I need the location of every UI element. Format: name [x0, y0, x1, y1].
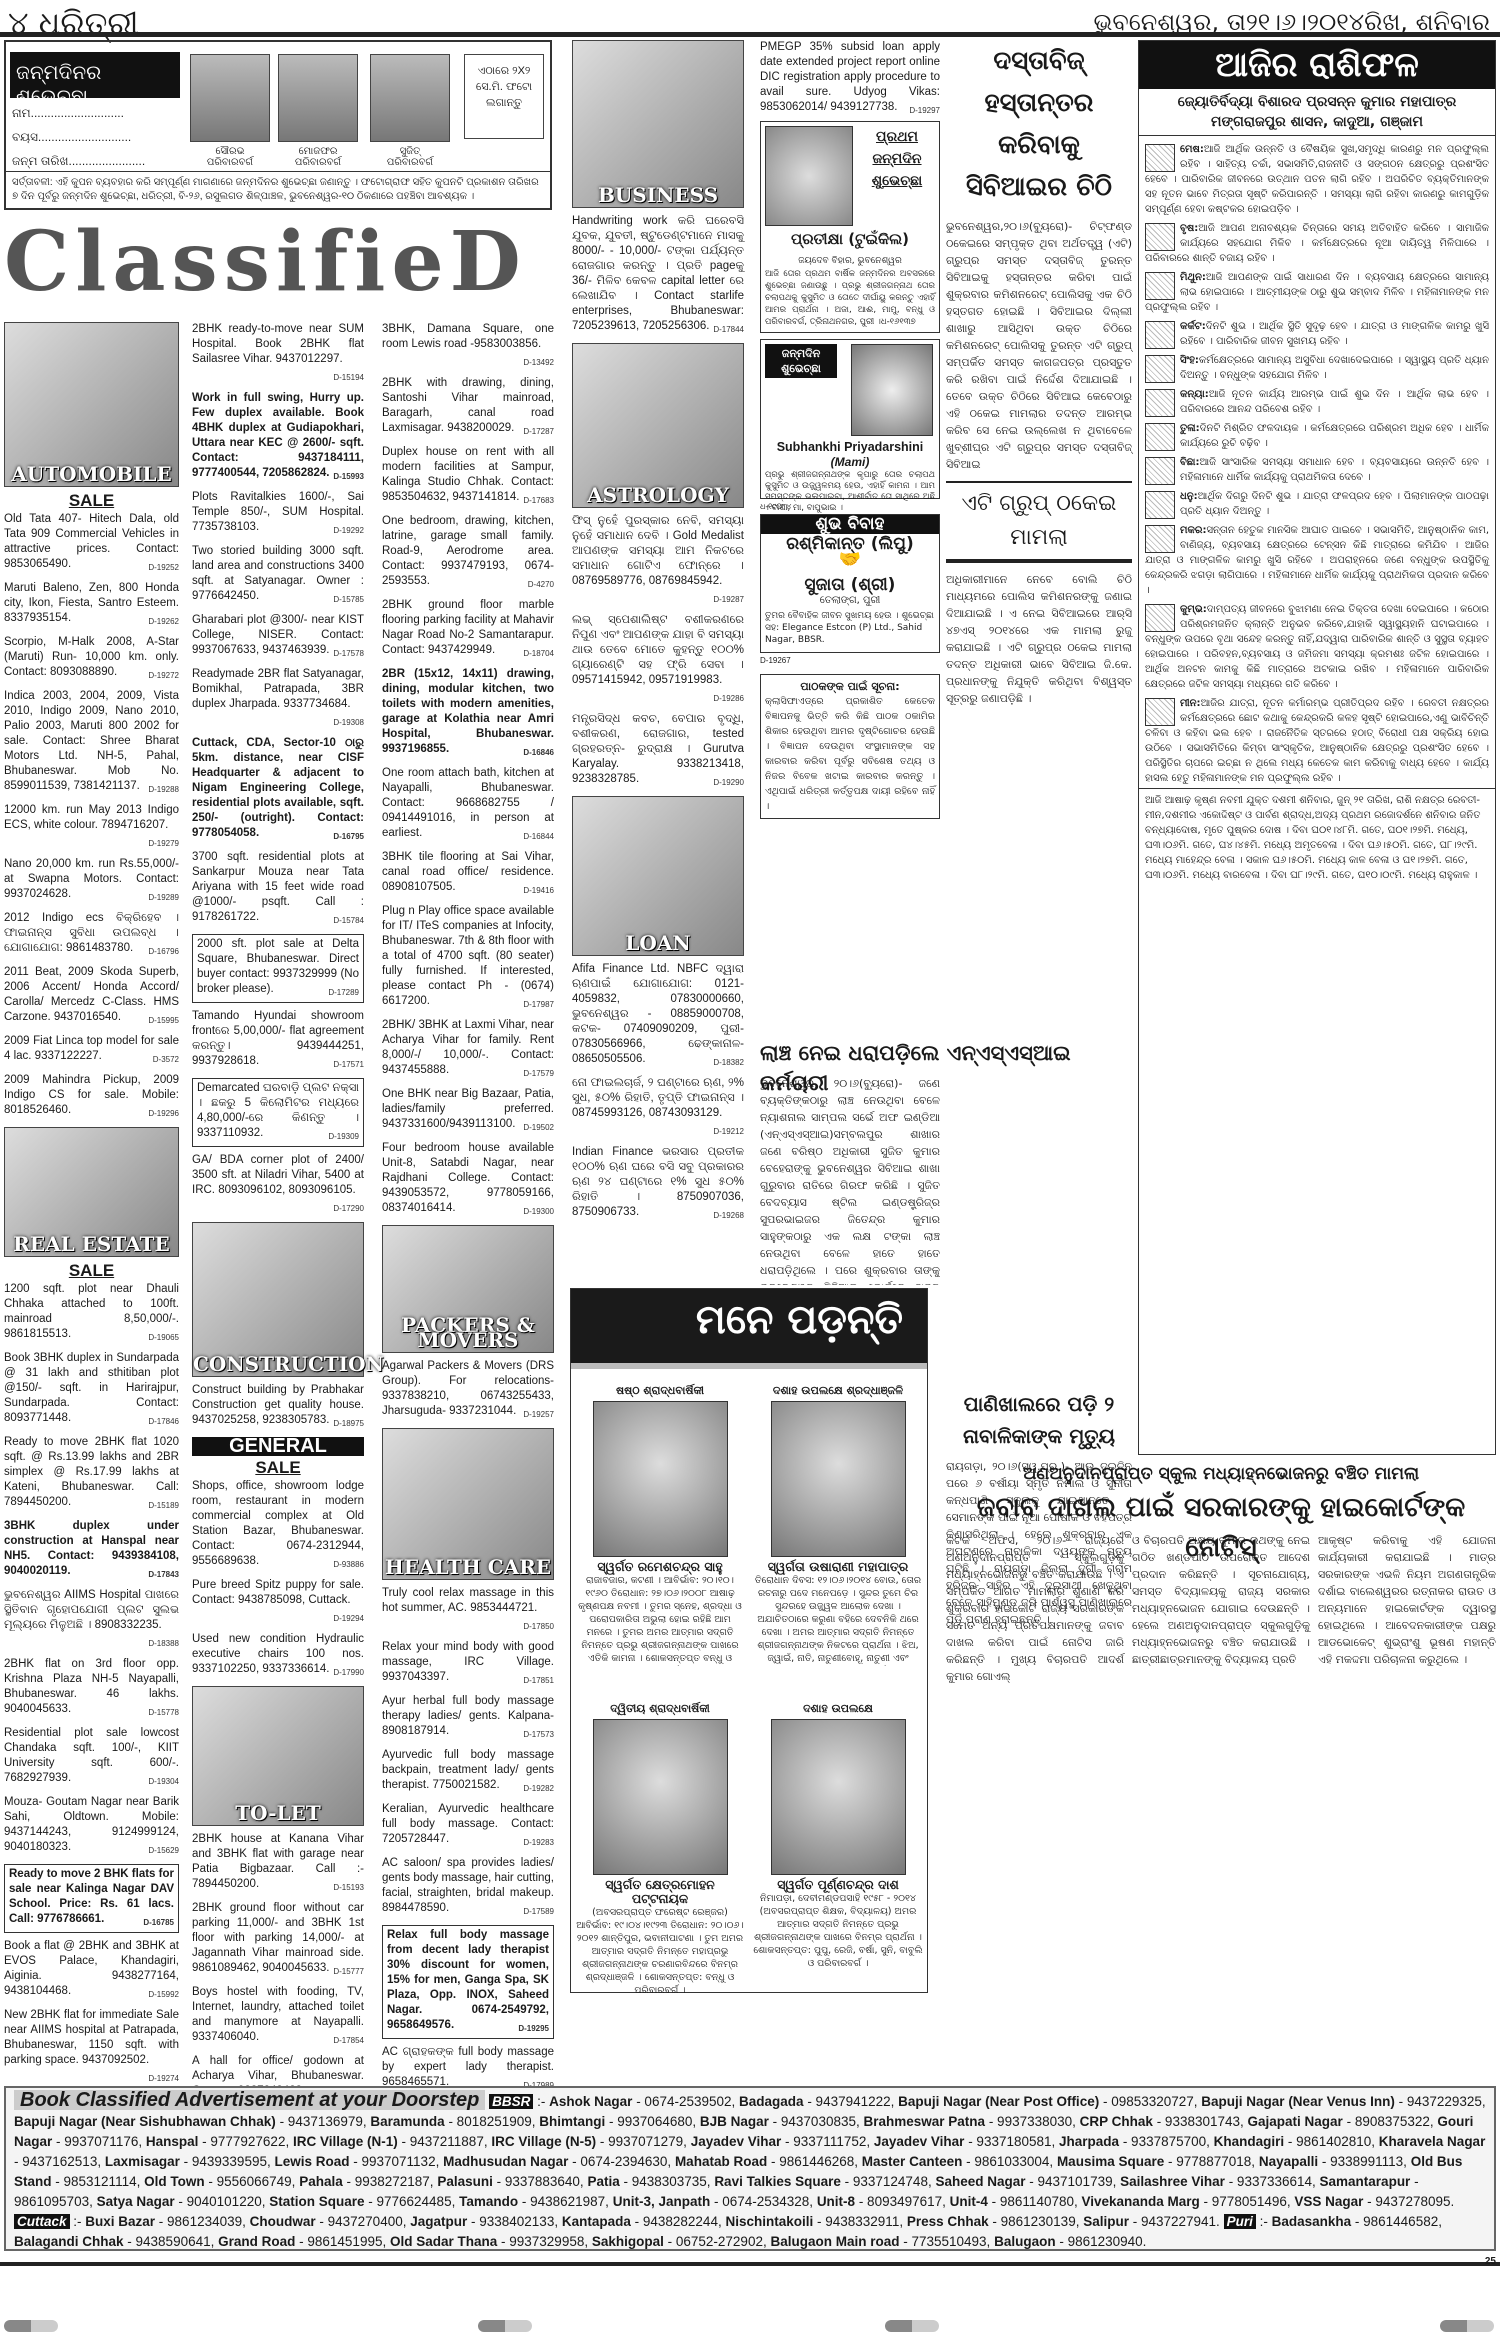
scroll-handle[interactable]: [885, 2320, 939, 2332]
ad-code: D-15189: [148, 1498, 179, 1513]
ad-code: D-17854: [333, 2033, 364, 2048]
ad-code: D-15784: [333, 913, 364, 928]
horoscope-section: ଆଜିର ରାଶିଫଳ ଜ୍ୟୋତିର୍ବିଦ୍ୟା ବିଶାରଦ ପ୍ରସନ୍…: [1138, 40, 1496, 1455]
ad-code: D-17987: [523, 997, 554, 1012]
booking-phone: - 9861451995,: [295, 2234, 390, 2249]
classified-ad: Nano 20,000 km. run Rs.55,000/- at Swapn…: [4, 857, 179, 905]
booking-centres-footer: Book Classified Advertisement at your Do…: [4, 2086, 1496, 2251]
ad-code: D-17290: [333, 1201, 364, 1216]
classified-ad: 2BHK with drawing, dining, Santoshi Viha…: [382, 376, 554, 439]
ad-code: D-16844: [523, 829, 554, 844]
classified-ad: New 2BHK flat for immediate Sale near AI…: [4, 2008, 179, 2086]
zodiac-icon: [1145, 223, 1175, 251]
zodiac-icon: [1145, 355, 1175, 383]
ad-code: D-19288: [148, 782, 179, 797]
booking-phone: - 9437270400,: [316, 2214, 411, 2229]
booking-phone: - 9778051496,: [1200, 2194, 1295, 2209]
booking-location: Bapuji Nagar (Near Post Office): [898, 2094, 1099, 2109]
horoscope-entry: ମୀନ:ଆଜିର ଯାତ୍ରା, ନୂତନ କର୍ମାରମ୍ଭ ପ୍ରୀତିପ୍…: [1139, 694, 1495, 788]
booking-phone: - 9437030835,: [769, 2114, 864, 2129]
ad-code: D-19287: [713, 592, 744, 607]
ad-code: D-19290: [713, 775, 744, 790]
dob-field[interactable]: ଜନ୍ମ ତାରିଖ.......................: [12, 154, 145, 169]
classified-ad: 2BHK ground floor without car parking 11…: [192, 1901, 364, 1979]
horoscope-entry: କର୍କଟ:ଦିନଟି ଶୁଭ । ଆର୍ଥିକ ସ୍ଥିତି ସୁଦୃଢ଼ ହ…: [1139, 317, 1495, 351]
booking-phone: - 9437941222,: [804, 2094, 899, 2109]
booking-phone: - 9861446268,: [767, 2154, 862, 2169]
booking-location: Mausima Square: [1057, 2154, 1164, 2169]
classified-ad: ଫିସ୍ ନୁହେଁ ପୁରସ୍କାର ନେବି, ସମସ୍ୟା ନୁହେଁ ସ…: [572, 514, 744, 607]
classified-ad: AC saloon/ spa provides ladies/ gents bo…: [382, 1856, 554, 1919]
booking-phone: - 9338991113,: [1318, 2154, 1411, 2169]
classified-ad: ମନ୍ତ୍ରସିଦ୍ଧ କବଚ, ବେପାର ବୃଦ୍ଧି, ବଶୀକରଣ, ର…: [572, 712, 744, 790]
ad-code: D-19274: [148, 2071, 179, 2086]
general-heading: GENERAL: [192, 1437, 364, 1456]
booking-phone: - 9438303735,: [620, 2174, 715, 2189]
ad-code: D-19300: [523, 1204, 554, 1219]
person-photo: [370, 54, 450, 142]
ad-code: D-19283: [523, 1835, 554, 1850]
classified-ad: Duplex house on rent with all modern fac…: [382, 445, 554, 508]
ad-code: D-15194: [333, 370, 364, 385]
booking-location: Pahala: [299, 2174, 343, 2189]
ad-code: D-19279: [148, 836, 179, 851]
classified-ad: Relax full body massage from decent lady…: [382, 1925, 554, 2039]
classified-ad: Gharabari plot @300/- near KIST College,…: [192, 613, 364, 661]
ad-code: D-19268: [713, 1208, 744, 1223]
ad-code: D-16785: [143, 1915, 174, 1930]
horoscope-entry: କନ୍ୟା:ଆଜି ନୂତନ କାର୍ଯ୍ୟ ଆରମ୍ଭ ପାଇଁ ଶୁଭ ଦି…: [1139, 385, 1495, 419]
scroll-handle[interactable]: [4, 2320, 58, 2332]
footer-title: Book Classified Advertisement at your Do…: [14, 2090, 485, 2110]
booking-location: CRP Chhak: [1080, 2114, 1153, 2129]
zodiac-icon: [1145, 389, 1175, 417]
booking-location: Hanspal: [146, 2134, 199, 2149]
booking-phone: - 9861446582,: [1351, 2214, 1442, 2229]
sale-subhead: SALE: [4, 493, 179, 508]
ad-code: D-19296: [148, 1106, 179, 1121]
birthday-coupon: ଜନ୍ମଦିନର ଶୁଭେଚ୍ଛା ନାମ...................…: [4, 40, 552, 210]
zodiac-icon: [1145, 321, 1175, 349]
obituary-section: ମନେ ପଡ଼ନ୍ତି ଷଷ୍ଠ ଶ୍ରାଦ୍ଧବାର୍ଷିକୀ ସ୍ୱର୍ଗତ…: [570, 1288, 928, 1993]
booking-location: Vivekananda Marg: [1081, 2194, 1199, 2209]
booking-phone: - 9337180581,: [964, 2134, 1059, 2149]
booking-phone: - 9438282244,: [631, 2214, 726, 2229]
booking-location: Sakhigopal: [592, 2234, 664, 2249]
booking-location: Kantapada: [562, 2214, 631, 2229]
classified-ad: Ayur herbal full body massage therapy la…: [382, 1694, 554, 1742]
ad-code: D-15629: [148, 1843, 179, 1858]
photo-slot[interactable]: ଏଠାରେ ୨X୨ ସେ.ମି. ଫଟୋ ଲଗାନ୍ତୁ: [464, 54, 544, 139]
booking-location: Sailashree Vihar: [1120, 2174, 1225, 2189]
business-category-image: BUSINESS: [572, 40, 744, 208]
ad-code: D-17846: [148, 1414, 179, 1429]
classified-ad: ଭୁବନେଶ୍ୱର AIIMS Hospital ପାଖରେ ସ୍ଥିତିବାନ…: [4, 1588, 179, 1651]
booking-phone: - 9778877018,: [1164, 2154, 1259, 2169]
astrologer: ଜ୍ୟୋତିର୍ବିଦ୍ୟା ବିଶାରଦ ପ୍ରସନ୍ନ କୁମାର ମହାପ…: [1139, 89, 1495, 136]
ad-code: D-17287: [523, 424, 554, 439]
booking-phone: - 9853121114,: [52, 2174, 145, 2189]
booking-phone: - 9937064680,: [605, 2114, 700, 2129]
booking-location: Nayapalli: [1259, 2154, 1318, 2169]
booking-phone: - 9337111752,: [781, 2134, 874, 2149]
booking-location: Madhusudan Nagar: [443, 2154, 568, 2169]
ad-code: D-16846: [523, 745, 554, 760]
classified-ad: 2009 Fiat Linca top model for sale 4 lac…: [4, 1034, 179, 1067]
classified-ad: 2BHK ground floor marble flooring parkin…: [382, 598, 554, 661]
classified-ad: 2BHK flat on 3rd floor opp. Krishna Plaz…: [4, 1657, 179, 1720]
ad-code: D-17579: [523, 1066, 554, 1081]
ad-code: D-17589: [523, 1904, 554, 1919]
classified-ad: One room attach bath, kitchen at Nayapal…: [382, 766, 554, 844]
horoscope-entry: ସିଂହ:କର୍ମକ୍ଷେତ୍ରରେ ସାମାନ୍ୟ ଅସୁବିଧା ଦେଖାଦ…: [1139, 351, 1495, 385]
ad-code: D-18975: [333, 1416, 364, 1431]
ad-code: D-19294: [333, 1611, 364, 1626]
wedding-ad: ଶୁଭ ବିବାହ ରଶ୍ମିକାନ୍ତ (ଲିପୁ) 🤝 ସୁଜାତା (ଶ୍…: [760, 514, 940, 653]
region-tag: Cuttack: [14, 2214, 70, 2229]
ad-code: D-17573: [523, 1727, 554, 1742]
classified-ad: Scorpio, M-Halk 2008, A-Star (Maruti) Ru…: [4, 635, 179, 683]
ad-code: D-19289: [148, 890, 179, 905]
kicker: ଅଣଅନୁଦାନପ୍ରାପ୍ତ ସ୍କୁଲ ମଧ୍ୟାହ୍ନଭୋଜନରୁ ବଞ୍…: [946, 1462, 1496, 1486]
ad-code: D-17571: [333, 1057, 364, 1072]
booking-phone: - 9338402133,: [467, 2214, 562, 2229]
obituary-photo: [593, 1401, 728, 1557]
ad-code: D-17843: [148, 1567, 179, 1582]
ad-code: D-17289: [328, 985, 359, 1000]
ad-code: D-16795: [333, 829, 364, 844]
booking-phone: - 8018251909,: [445, 2114, 540, 2129]
booking-location: Unit-4: [950, 2194, 988, 2209]
booking-location: Ashok Nagar: [549, 2094, 632, 2109]
booking-location: Patia: [587, 2174, 619, 2189]
obituary: ଦ୍ୱିତୀୟ ଶ୍ରାଦ୍ଧବାର୍ଷିକୀ ସ୍ୱର୍ଗତ କ୍ଷେତ୍ରମ…: [575, 1699, 745, 2006]
ad-code: D-15785: [333, 592, 364, 607]
booking-location: Lewis Road: [274, 2154, 349, 2169]
classified-ad: 3700 sqft. residential plots at Sankarpu…: [192, 850, 364, 928]
sale-subhead: SALE: [4, 1263, 179, 1278]
classified-ad: 2009 Mahindra Pickup, 2009 Indigo CS for…: [4, 1073, 179, 1121]
classified-ad: Book 3BHK duplex in Sundarpada @ 31 lakh…: [4, 1351, 179, 1429]
health-care-category-image: HEALTH CARE: [382, 1428, 554, 1580]
booking-location: Bapuji Nagar (Near Sishubhawan Chhak): [14, 2114, 276, 2129]
zodiac-icon: [1145, 272, 1175, 300]
booking-location: Mahatab Road: [675, 2154, 767, 2169]
classified-ad: Mouza- Goutam Nagar near Barik Sahi, Old…: [4, 1795, 179, 1858]
classified-ad: Keralian, Ayurvedic healthcare full body…: [382, 1802, 554, 1850]
booking-phone: - 9437136979,: [276, 2114, 371, 2129]
booking-location: Ravi Talkies Square: [714, 2174, 841, 2189]
classified-ad: Tamando Hyundai showroom frontରେ 5,00,00…: [192, 1009, 364, 1072]
booking-phone: - 9437162513,: [14, 2154, 105, 2169]
zodiac-icon: [1145, 491, 1175, 519]
zodiac-icon: [1145, 423, 1175, 451]
packers-movers-category-image: PACKERS & MOVERS: [382, 1225, 554, 1353]
booking-phone: - 9556066749,: [205, 2174, 300, 2189]
photo-caption: ମୋଜଫରପରିବାରବର୍ଗ: [278, 146, 358, 168]
booking-phone: - 9861140780,: [988, 2194, 1082, 2209]
booking-location: Unit-3, Janpath: [613, 2194, 711, 2209]
classified-ad: One BHK near Big Bazaar, Patia, ladies/f…: [382, 1087, 554, 1135]
zodiac-icon: [1145, 144, 1175, 172]
booking-phone: - 9437227941.: [1129, 2214, 1224, 2229]
classified-ad: Construct building by Prabhakar Construc…: [192, 1383, 364, 1431]
pmegp-ad: PMEGP 35% subsid loan apply date extende…: [760, 40, 940, 115]
classified-ad: 3BHK duplex under construction at Hanspa…: [4, 1519, 179, 1582]
footer-rule: [0, 2262, 1500, 2266]
ad-code: D-19252: [148, 560, 179, 575]
zodiac-icon: [1145, 457, 1175, 485]
region-tag: BBSR: [489, 2094, 533, 2109]
region-tag: Puri: [1224, 2214, 1256, 2229]
ad-code: D-19286: [713, 691, 744, 706]
classified-ad: Ready to move 2BHK flat 1020 sqft. @ Rs.…: [4, 1435, 179, 1513]
ad-code: D-18388: [148, 1636, 179, 1651]
booking-phone: - 9861230940.: [1056, 2234, 1147, 2249]
ad-code: D-19416: [523, 883, 554, 898]
booking-phone: - 0674-2394630,: [568, 2154, 675, 2169]
photo-caption: ସୌରଭପରିବାରବର୍ଗ: [190, 146, 270, 168]
booking-location: Samantarapur: [1320, 2174, 1411, 2189]
obituary-photo: [771, 1719, 906, 1875]
horoscope-entry: ମକର:ସନ୍ତାନ ହେତୁକ ମାନସିକ ଆଘାତ ପାଇବେ । ସଭା…: [1139, 521, 1495, 600]
booking-phone: - 9937071176,: [52, 2134, 146, 2149]
booking-phone: - 8093497617,: [855, 2194, 950, 2209]
baby-photo: [765, 126, 853, 226]
booking-phone: - 9438590641,: [124, 2234, 219, 2249]
column-automobile-realestate: AUTOMOBILE SALE Old Tata 407- Hitech Dal…: [4, 322, 179, 2146]
ad-code: D-15193: [333, 1880, 364, 1895]
classified-ad: 2BHK house at Kanana Vihar and 3BHK flat…: [192, 1832, 364, 1895]
booking-location: Station Square: [269, 2194, 364, 2209]
page-number: 25: [1485, 2256, 1496, 2267]
tolet-category-image: TO-LET: [192, 1686, 364, 1826]
booking-phone: - 7735510493,: [899, 2234, 994, 2249]
classified-ad: Plots Ravitalkies 1600/-, Sai Temple 850…: [192, 490, 364, 538]
ad-code: D-93886: [333, 1557, 364, 1572]
column-greetings: PMEGP 35% subsid loan apply date extende…: [760, 40, 940, 819]
booking-location: Master Canteen: [862, 2154, 963, 2169]
ad-code: D-15995: [148, 1013, 179, 1028]
obituary: ଦଶାହ ଉପଲକ୍ଷେ ସ୍ୱର୍ଗତ ପୂର୍ଣ୍ଣଚନ୍ଦ୍ର ଦାଶ ନ…: [753, 1699, 923, 1992]
first-birthday-ad: ପ୍ରଥମ ଜନ୍ମଦିନ ଶୁଭେଚ୍ଛା ପ୍ରତୀକ୍ଷା (ଟୁଇଁକି…: [760, 121, 940, 333]
booking-location: Palasuni: [437, 2174, 493, 2189]
realestate-category-image: REAL ESTATE: [4, 1127, 179, 1257]
age-field[interactable]: ବୟସ............................: [12, 130, 131, 145]
booking-location: Badagada: [739, 2094, 804, 2109]
ad-code: D-15993: [333, 469, 364, 484]
horoscope-title: ଆଜିର ରାଶିଫଳ: [1139, 41, 1495, 89]
booking-phone: - 9937329958,: [497, 2234, 592, 2249]
booking-location: Jayadev Vihar: [691, 2134, 782, 2149]
booking-location: Choudwar: [250, 2214, 316, 2229]
obituary-photo: [593, 1719, 728, 1875]
classified-ad: Old Tata 407- Hitech Dala, old Tata 909 …: [4, 512, 179, 575]
column-business-astrology-loan: BUSINESS Handwriting work କରି ଘରେବସି ଯୁବ…: [572, 40, 744, 1229]
column-realestate-general: 2BHK ready-to-move near SUM Hospital. Bo…: [192, 322, 364, 2108]
obituary-banner: ମନେ ପଡ଼ନ୍ତି: [571, 1289, 927, 1369]
booking-phone: - 0674-2534328,: [710, 2194, 817, 2209]
ad-code: D-19309: [328, 1129, 359, 1144]
booking-location: Unit-8: [817, 2194, 855, 2209]
ad-code: D-19295: [518, 2021, 549, 2036]
classified-ad: 2BHK ready-to-move near SUM Hospital. Bo…: [192, 322, 364, 385]
booking-phone: - 8908375322,: [1343, 2114, 1438, 2129]
booking-location: Satya Nagar: [97, 2194, 175, 2209]
booking-location: Nischintakoili: [725, 2214, 813, 2229]
reader-notice: ପାଠକଙ୍କ ପାଇଁ ସୂଚନା: କ୍ଲାସିଫାଏଡ୍‌ରେ ପ୍ରକା…: [760, 674, 940, 819]
scroll-handle[interactable]: [478, 2320, 532, 2332]
booking-phone: - 9861402810,: [1284, 2134, 1379, 2149]
booking-phone: - 9937338030,: [985, 2114, 1080, 2129]
booking-location: Brahmeswar Patna: [864, 2114, 986, 2129]
booking-phone: - 9439339595,: [180, 2154, 275, 2169]
classified-ad: Shops, office, showroom lodge room, rest…: [192, 1479, 364, 1572]
classified-ad: 2011 Beat, 2009 Skoda Superb, 2006 Accen…: [4, 965, 179, 1028]
ad-code: D-19308: [333, 715, 364, 730]
booking-location: Jharpada: [1059, 2134, 1119, 2149]
page-label: ୪ ଧରିତ୍ରୀ: [8, 4, 139, 43]
classified-ad: 2BHK/ 3BHK at Laxmi Vihar, near Acharya …: [382, 1018, 554, 1081]
zodiac-icon: [1145, 525, 1175, 553]
ad-code: D-19272: [148, 668, 179, 683]
classified-ad: Truly cool relax massage in this hot sum…: [382, 1586, 554, 1634]
classified-ad: Maruti Baleno, Zen, 800 Honda city, Ikon…: [4, 581, 179, 629]
booking-location: Balagandi Chhak: [14, 2234, 124, 2249]
booking-phone: - 9938272187,: [343, 2174, 438, 2189]
booking-location: BJB Nagar: [700, 2114, 769, 2129]
ad-code: D-19257: [523, 1407, 554, 1422]
horoscope-entry: ମେଷ:ଆଜି ଆର୍ଥିକ ଉନ୍ନତି ଓ ବୈଷୟିକ ସୁଖ,ସମୃଦ୍…: [1139, 140, 1495, 219]
loan-category-image: LOAN: [572, 796, 744, 956]
classified-ad: 2BR (15x12, 14x11) drawing, dining, modu…: [382, 667, 554, 760]
column-tolet-health: 3BHK, Damana Square, one room Lewis road…: [382, 322, 554, 2099]
ad-code: D-19262: [148, 614, 179, 629]
ad-code: D-16796: [148, 944, 179, 959]
booking-location: Old Town: [144, 2174, 205, 2189]
panchang: ଆଜି ଆଷାଢ଼ କୃଷ୍ଣ ନବମୀ ଯୁକ୍ତ ଦଶମୀ ଶନିବାର, …: [1139, 788, 1495, 887]
booking-phone: - 9937071279,: [596, 2134, 691, 2149]
booking-location: Saheed Nagar: [935, 2174, 1025, 2189]
ad-code: D-17851: [523, 1673, 554, 1688]
child-photo: [190, 54, 270, 142]
coupon-title: ଜନ୍ମଦିନର ଶୁଭେଚ୍ଛା: [10, 52, 180, 98]
booking-location: Khandagiri: [1214, 2134, 1285, 2149]
news-highcourt-body: କଟକ ଅଫିସ, ୨୦।୬- ରାଜ୍ୟରେ ଅଣଅନୁଦାନପ୍ରାପ୍ତ …: [946, 1532, 1496, 1685]
booking-phone: - 9438332911,: [813, 2214, 907, 2229]
coupon-terms: ସର୍ତ୍ତାବଳୀ: ଏହି କୁପନ ବ୍ୟବହାର କରି ସମ୍ପୂର୍…: [6, 171, 550, 208]
obituary: ଷଷ୍ଠ ଶ୍ରାଦ୍ଧବାର୍ଷିକୀ ସ୍ୱର୍ଗତ ରମେଶଚନ୍ଦ୍ର …: [575, 1381, 745, 1666]
classified-ad: Four bedroom house available Unit-8, Sat…: [382, 1141, 554, 1219]
classified-ad: Used new condition Hydraulic executive c…: [192, 1632, 364, 1680]
classified-ad: Indica 2003, 2004, 2009, Vista 2010, Ind…: [4, 689, 179, 797]
ad-code: D-3572: [153, 1052, 179, 1067]
booking-location: IRC Village (N-1): [293, 2134, 398, 2149]
classified-ad: Two storied building 3000 sqft. land are…: [192, 544, 364, 607]
booking-location: VSS Nagar: [1294, 2194, 1363, 2209]
ad-code: D-17578: [333, 646, 364, 661]
classified-ad: Residential plot sale lowcost Chandaka s…: [4, 1726, 179, 1789]
horoscope-entry: ତୁଳା:ଦିନଟି ମିଶ୍ରିତ ଫଳଦାୟକ । କର୍ମକ୍ଷେତ୍ରର…: [1139, 419, 1495, 453]
classified-ad: Demarcated ଘରବାଡ଼ି ପ୍ଲଟ ନକ୍ସା । ଛକରୁ 5 କ…: [192, 1078, 364, 1147]
booking-phone: - 9337124748,: [841, 2174, 936, 2189]
classified-ad: 12000 km. run May 2013 Indigo ECS, white…: [4, 803, 179, 851]
horoscope-entry: କୁମ୍ଭ:ଦାମ୍ପତ୍ୟ ଜୀବନରେ ବୁଝାମଣା ନେଇ ତିକ୍ତତ…: [1139, 600, 1495, 694]
girl-photo: [851, 344, 933, 436]
ad-code: D-17850: [523, 1619, 554, 1634]
headline: ଦସ୍ତାବିଜ୍ ହସ୍ତାନ୍ତର କରିବାକୁ ସିବିଆଇର ଚିଠି: [946, 40, 1132, 208]
booking-phone: - 9040101220,: [175, 2194, 270, 2209]
classified-ad: 2000 sft. plot sale at Delta Square, Bhu…: [192, 934, 364, 1003]
booking-phone: - 0674-2539502,: [632, 2094, 739, 2109]
scroll-handle[interactable]: [1440, 2320, 1494, 2332]
ad-code: D-17990: [333, 1665, 364, 1680]
horoscope-entry: ମିଥୁନ:ଆଜି ଆପଣଙ୍କ ପାଇଁ ସାଧାରଣ ଦିନ । ବ୍ୟବସ…: [1139, 268, 1495, 317]
booking-location: Balugaon: [994, 2234, 1056, 2249]
ad-code: D-15778: [148, 1705, 179, 1720]
classified-ad: Work in full swing, Hurry up. Few duplex…: [192, 391, 364, 484]
obituary: ଦଶାହ ଉପଲକ୍ଷେ ଶ୍ରଦ୍ଧାଞ୍ଜଳି ସ୍ୱର୍ଗତା ଉଷାରା…: [753, 1381, 923, 1666]
booking-phone: - 9337336614,: [1225, 2174, 1320, 2189]
booking-location: Badasankha: [1272, 2214, 1352, 2229]
classified-ad: Readymade 2BR flat Satyanagar, Bomikhal,…: [192, 667, 364, 730]
booking-location: Jayadev Vihar: [874, 2134, 965, 2149]
booking-phone: - 9438621987,: [518, 2194, 613, 2209]
ad-code: D-17844: [713, 322, 744, 337]
booking-location: Laxmisagar: [105, 2154, 180, 2169]
ad-code: D-15777: [333, 1964, 364, 1979]
booking-phone: - 9777927622,: [198, 2134, 293, 2149]
booking-location: Grand Road: [218, 2234, 295, 2249]
classified-ad: Relax your mind body with good massage, …: [382, 1640, 554, 1688]
classified-ad: ନୋ ଫାଇଲଚାର୍ଜ, ୨ ଘଣ୍ଟାରେ ଋଣ, ୨% ସୁଧ, ୫୦% …: [572, 1076, 744, 1139]
ad-code: D-19212: [713, 1124, 744, 1139]
classified-ad: One bedroom, drawing, kitchen, latrine, …: [382, 514, 554, 592]
classified-ad: Book a flat @ 2BHK and 3BHK at EVOS Pala…: [4, 1939, 179, 2002]
name-field[interactable]: ନାମ............................: [12, 106, 124, 121]
booking-phone: - 9337883640,: [493, 2174, 588, 2189]
astrology-category-image: ASTROLOGY: [572, 343, 744, 508]
booking-phone: - 9337875700,: [1119, 2134, 1214, 2149]
construction-category-image: CONSTRUCTION: [192, 1222, 364, 1377]
ad-code: D-13492: [523, 355, 554, 370]
classified-ad: Plug n Play office space available for I…: [382, 904, 554, 1012]
booking-location: Gajapati Nagar: [1248, 2114, 1343, 2129]
booking-location: Buxi Bazar: [85, 2214, 155, 2229]
classified-ad: Pure breed Spitz puppy for sale. Contact…: [192, 1578, 364, 1626]
booking-phone: - 9776624485,: [365, 2194, 460, 2209]
classified-ad: 3BHK tile flooring at Sai Vihar, canal r…: [382, 850, 554, 898]
zodiac-icon: [1145, 604, 1175, 632]
booking-phone: - 9937071132,: [350, 2154, 444, 2169]
horoscope-entry: ବିଛା:ଆଜି ସାଂସାରିକ ସମସ୍ୟା ସମାଧାନ ହେବ । ବ୍…: [1139, 453, 1495, 487]
booking-location: IRC Village (N-5): [491, 2134, 596, 2149]
classified-ad: Handwriting work କରି ଘରେବସି ଯୁବକ, ଯୁବତୀ,…: [572, 214, 744, 337]
horoscope-entry: ଧନୁ:ଆର୍ଥିକ ଦିଗରୁ ଦିନଟି ଶୁଭ । ଯାତ୍ରା ଫଳପ୍…: [1139, 487, 1495, 521]
classified-ad: 1200 sqft. plot near Dhauli Chhaka attac…: [4, 1282, 179, 1345]
booking-location: Balugaon Main road: [770, 2234, 899, 2249]
news-bribe-cont: [946, 1075, 1132, 1290]
booking-phone: - 9437229325,: [1395, 2094, 1486, 2109]
booking-phone: - 09853320727,: [1099, 2094, 1201, 2109]
ad-code: D-17683: [523, 493, 554, 508]
booking-location: Jagatpur: [410, 2214, 467, 2229]
classified-ad: ଲଭ୍ ସ୍ପେଶାଲିଷ୍ଟ ବଶୀକରଣରେ ନିପୁଣ ଏବଂ ଆପଣଙ୍…: [572, 613, 744, 706]
ad-code: D-19065: [148, 1330, 179, 1345]
classified-logo: ClassifieD: [4, 218, 552, 308]
classified-ad: Agarwal Packers & Movers (DRS Group). Fo…: [382, 1359, 554, 1422]
classified-ad: Ready to move 2 BHK flats for sale near …: [4, 1864, 179, 1933]
